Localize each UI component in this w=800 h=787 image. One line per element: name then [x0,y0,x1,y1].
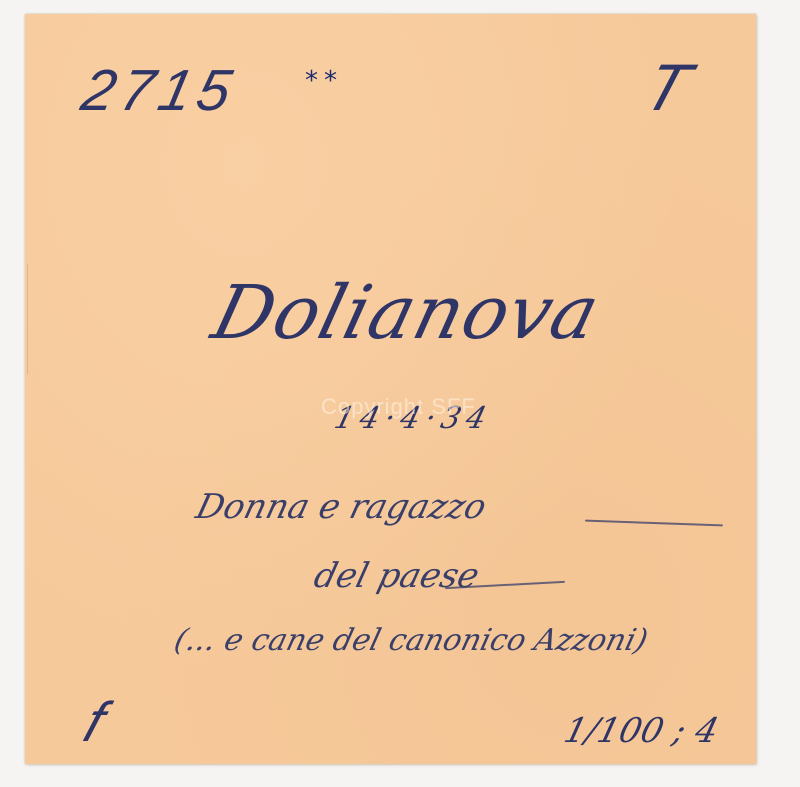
description-line-3: (... e cane del canonico Azzoni) [171,626,650,656]
catalog-number: 2715 [77,62,242,120]
description-line-1: Donna e ragazzo [193,490,490,524]
copyright-watermark: Copyright SFF [321,394,476,420]
bottom-left-mark: f [78,694,112,750]
star-marks-icon: ** [305,68,343,94]
archive-index-card: 2715 ** T Dolianova 14·4·34 Copyright SF… [25,14,756,764]
place-name: Dolianova [206,276,607,350]
bottom-right-note: 1/100 ; 4 [561,714,722,748]
corner-mark: T [636,54,698,120]
pen-stroke-decoration [585,520,723,527]
scan-background: 2715 ** T Dolianova 14·4·34 Copyright SF… [0,0,800,787]
